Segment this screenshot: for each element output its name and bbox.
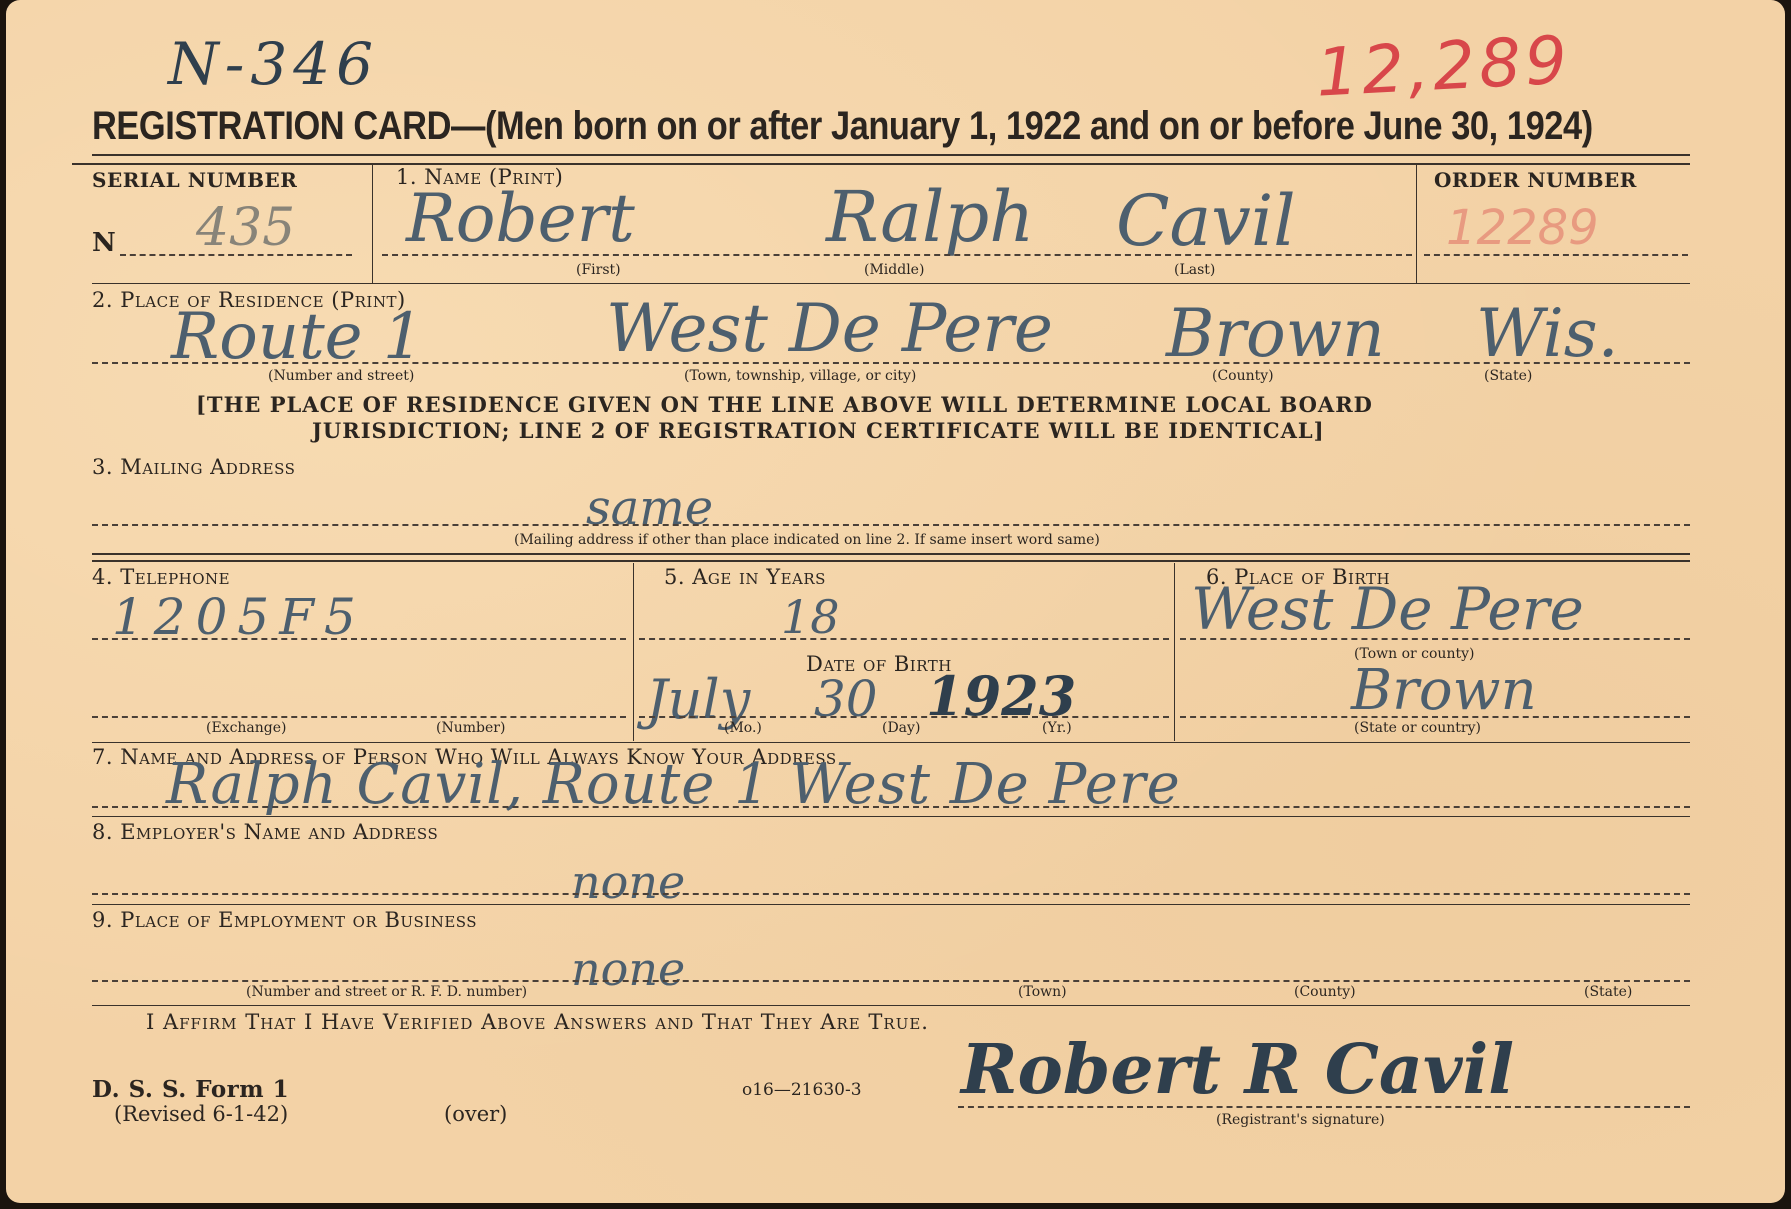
form-revision: (Revised 6-1-42) [114, 1102, 288, 1126]
caption-emp-state: (State) [1584, 984, 1632, 1000]
birth-place-town: West De Pere [1191, 575, 1584, 643]
order-number-label: ORDER NUMBER [1434, 168, 1637, 192]
affirmation: I Affirm That I Have Verified Above Answ… [146, 1010, 929, 1034]
mailing-line [92, 524, 1690, 526]
employment-place-line [92, 980, 1690, 982]
age-label: 5. Age in Years [664, 565, 826, 589]
telephone-label: 4. Telephone [92, 565, 230, 589]
mailing-value: same [586, 480, 713, 536]
row-rule [92, 816, 1690, 817]
caption-county: (County) [1212, 368, 1274, 384]
divider [633, 563, 634, 741]
caption-last: (Last) [1174, 262, 1215, 278]
row-rule-2 [92, 560, 1690, 562]
divider [372, 165, 373, 283]
birth-year: 1923 [926, 664, 1076, 728]
print-code: o16—21630-3 [742, 1080, 862, 1100]
row-rule [92, 1005, 1690, 1006]
caption-state-country: (State or country) [1354, 720, 1481, 736]
mailing-label: 3. Mailing Address [92, 455, 295, 479]
caption-year: (Yr.) [1042, 720, 1072, 736]
top-right-number: 12,289 [1314, 21, 1573, 111]
birth-place-state: Brown [1351, 658, 1537, 723]
serial-number-label: SERIAL NUMBER [92, 168, 297, 192]
caption-day: (Day) [882, 720, 920, 736]
caption-town: (Town, township, village, or city) [684, 368, 916, 384]
row-rule [92, 742, 1690, 743]
residence-line [92, 362, 1690, 364]
employer-value: none [571, 855, 685, 909]
order-number-value: 12289 [1446, 200, 1599, 256]
residence-notice-line1: [THE PLACE OF RESIDENCE GIVEN ON THE LIN… [196, 392, 1373, 417]
divider [1174, 563, 1175, 741]
name-last: Cavil [1116, 180, 1296, 262]
registration-card: N-346 12,289 REGISTRATION CARD—(Men born… [6, 0, 1785, 1203]
age-value: 18 [781, 590, 840, 644]
caption-first: (First) [576, 262, 621, 278]
contact-person-line [92, 806, 1690, 808]
serial-prefix: N [92, 228, 116, 258]
caption-middle: (Middle) [864, 262, 924, 278]
employment-place-value: none [571, 942, 685, 996]
over-note: (over) [444, 1102, 507, 1126]
birth-day: 30 [814, 670, 878, 728]
caption-emp-town: (Town) [1018, 984, 1067, 1000]
age-line [639, 638, 1169, 640]
signature-caption: (Registrant's signature) [1216, 1112, 1385, 1128]
card-title: REGISTRATION CARD—(Men born on or after … [92, 104, 1593, 149]
row-rule [92, 904, 1690, 905]
caption-number: (Number) [436, 720, 505, 736]
signature-line [958, 1106, 1690, 1108]
top-left-code: N-346 [168, 30, 379, 98]
residence-town: West De Pere [606, 290, 1053, 367]
serial-value: 435 [196, 198, 295, 258]
birth-date-line [639, 716, 1169, 718]
registrant-signature: Robert R Cavil [961, 1030, 1514, 1110]
caption-month: (Mo.) [724, 720, 762, 736]
form-name: D. S. S. Form 1 [92, 1076, 289, 1103]
telephone-line-2 [92, 716, 626, 718]
caption-street: (Number and street) [268, 368, 414, 384]
title-rule [92, 154, 1690, 156]
row-rule [92, 283, 1690, 284]
employer-label: 8. Employer's Name and Address [92, 820, 438, 844]
divider [1416, 165, 1417, 283]
name-middle: Ralph [826, 176, 1034, 258]
caption-exchange: (Exchange) [206, 720, 287, 736]
birth-place-line-2 [1180, 716, 1690, 718]
mailing-caption: (Mailing address if other than place ind… [514, 532, 1100, 548]
name-line [382, 254, 1412, 256]
caption-emp-county: (County) [1294, 984, 1356, 1000]
caption-street-rfd: (Number and street or R. F. D. number) [246, 984, 527, 1000]
birth-place-line [1180, 638, 1690, 640]
residence-notice-line2: JURISDICTION; LINE 2 OF REGISTRATION CER… [312, 418, 1325, 443]
caption-state: (State) [1484, 368, 1532, 384]
residence-state: Wis. [1476, 295, 1619, 372]
telephone-line [92, 638, 626, 640]
order-line [1424, 254, 1688, 256]
name-first: Robert [406, 180, 635, 257]
residence-county: Brown [1166, 295, 1385, 372]
employer-line [92, 893, 1690, 895]
employment-place-label: 9. Place of Employment or Business [92, 908, 477, 932]
row-rule [92, 553, 1690, 555]
title-rule-2 [72, 163, 1690, 165]
